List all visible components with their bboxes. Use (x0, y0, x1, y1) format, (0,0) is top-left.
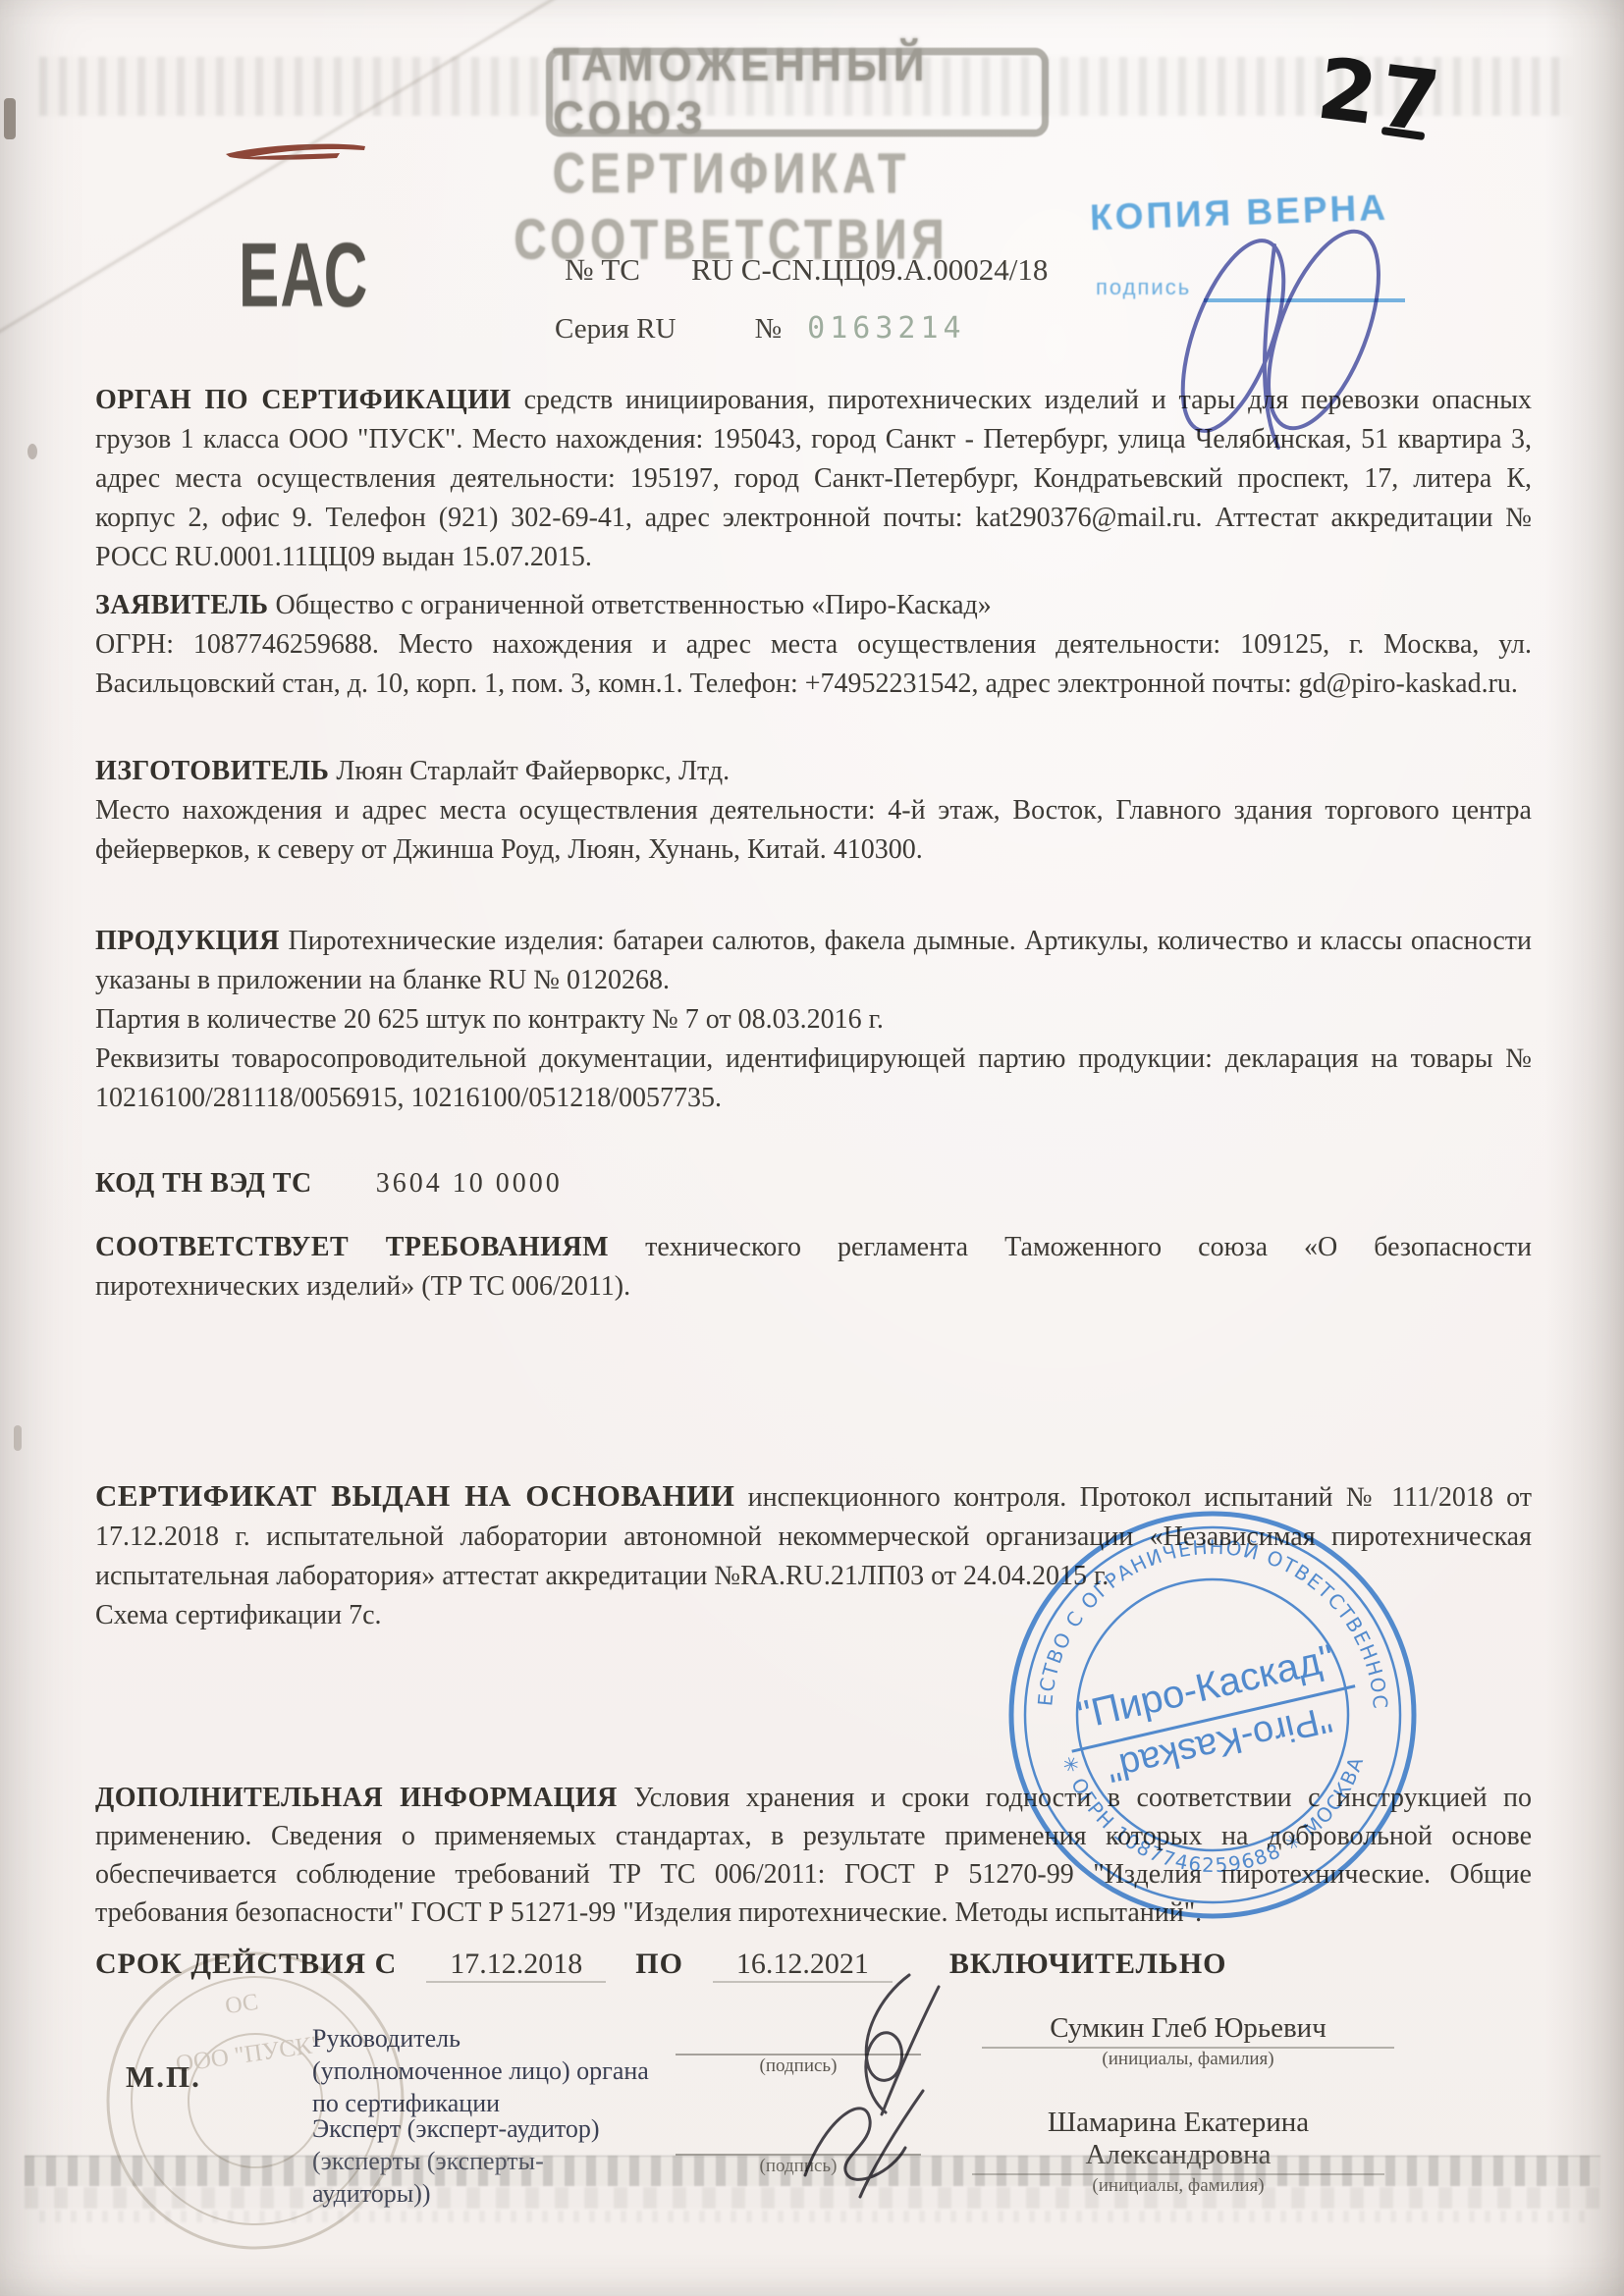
section-heading: ДОПОЛНИТЕЛЬНАЯ ИНФОРМАЦИЯ (95, 1783, 618, 1813)
piro-stamp-ring-bottom-text: ✳ ОГРН 1087746259688 ✳ МОСКВА (1056, 1752, 1368, 1877)
series-row: Серия RU № 0163214 (555, 311, 966, 346)
piro-kaskad-round-stamp: ОБЩЕСТВО С ОГРАНИЧЕННОЙ ОТВЕТСТВЕННОСТЬЮ… (1001, 1504, 1424, 1926)
section-heading: СООТВЕТСТВУЕТ ТРЕБОВАНИЯМ (95, 1232, 609, 1262)
handwritten-page-number: 27 (1312, 40, 1448, 153)
products-docs: Реквизиты товаросопроводительной докумен… (95, 1043, 1532, 1113)
products-text: Пиротехнические изделия: батареи салютов… (95, 926, 1532, 995)
validity-to-label: ПО (635, 1948, 683, 1981)
edge-speck (4, 98, 16, 139)
applicant-name: Общество с ограниченной ответственностью… (276, 590, 992, 620)
pusk-round-stamp: ОС ООО "ПУСК" (73, 1918, 439, 2284)
validity-from-date: 17.12.2018 (426, 1948, 606, 1983)
section-tn-ved: КОД ТН ВЭД ТС 3604 10 0000 (95, 1164, 1532, 1203)
series-number-sign: № (754, 313, 782, 346)
series-label: Серия RU (555, 313, 676, 346)
name-caption: (инициалы, фамилия) (982, 2049, 1394, 2070)
svg-text:✳ ОГРН 1087746259688 ✳ МОСКВА: ✳ ОГРН 1087746259688 ✳ МОСКВА (1056, 1752, 1368, 1877)
signatory-name: Сумкин Глеб Юрьевич (982, 2012, 1394, 2045)
section-manufacturer: ИЗГОТОВИТЕЛЬ Люян Старлайт Файерворкс, Л… (95, 752, 1532, 870)
right-fold-shadow (1545, 0, 1624, 2296)
tn-ved-code: 3604 10 0000 (376, 1168, 563, 1199)
applicant-details: ОГРН: 1087746259688. Место нахождения и … (95, 629, 1532, 699)
products-batch: Партия в количестве 20 625 штук по контр… (95, 1004, 884, 1035)
certificate-title: СЕРТИФИКАТ СООТВЕТСТВИЯ (334, 139, 1129, 272)
edge-speck (27, 444, 37, 459)
scanned-certificate-page: ТАМОЖЕННЫЙ СОЮЗ СЕРТИФИКАТ СООТВЕТСТВИЯ … (0, 0, 1624, 2296)
banner-text: ТАМОЖЕННЫЙ СОЮЗ (553, 39, 1042, 145)
section-heading: ПРОДУКЦИЯ (95, 926, 280, 956)
section-conforms: СООТВЕТСТВУЕТ ТРЕБОВАНИЯМ технического р… (95, 1228, 1532, 1307)
certification-scheme: Схема сертификации 7с. (95, 1600, 382, 1630)
section-heading: ОРГАН ПО СЕРТИФИКАЦИИ (95, 385, 512, 415)
section-applicant: ЗАЯВИТЕЛЬ Общество с ограниченной ответс… (95, 586, 1532, 704)
customs-union-banner: ТАМОЖЕННЫЙ СОЮЗ (546, 48, 1049, 137)
section-products: ПРОДУКЦИЯ Пиротехнические изделия: батар… (95, 922, 1532, 1118)
handwritten-signature-2 (776, 2081, 962, 2209)
section-heading: ЗАЯВИТЕЛЬ (95, 590, 269, 620)
validity-inclusive-label: ВКЛЮЧИТЕЛЬНО (949, 1948, 1227, 1981)
series-value: 0163214 (807, 311, 965, 346)
section-heading: ИЗГОТОВИТЕЛЬ (95, 756, 329, 786)
pusk-stamp-name: ООО "ПУСК" (174, 2031, 323, 2078)
edge-speck (14, 1425, 22, 1451)
pusk-stamp-top-text: ОС (224, 1990, 260, 2019)
section-heading: КОД ТН ВЭД ТС (95, 1168, 312, 1199)
manufacturer-details: Место нахождения и адрес места осуществл… (95, 795, 1532, 865)
section-heading: СЕРТИФИКАТ ВЫДАН НА ОСНОВАНИИ (95, 1478, 734, 1513)
blue-ink-signature (1127, 220, 1441, 455)
bottom-guilloche-band (39, 2211, 1586, 2222)
name-zone-1: Сумкин Глеб Юрьевич (инициалы, фамилия) (982, 2012, 1394, 2070)
manufacturer-name: Люян Старлайт Файерворкс, Лтд. (336, 756, 730, 786)
